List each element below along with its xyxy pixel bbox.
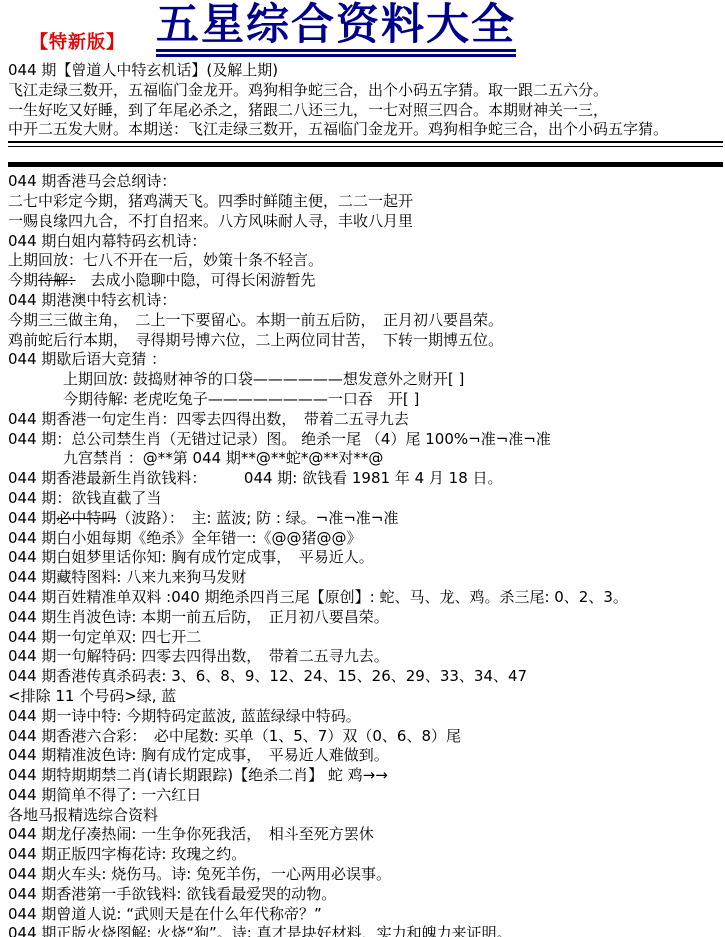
text-segment: 044 期：总公司禁生肖（无错过记录）图。 绝杀一尾 （4）尾 100%¬准¬准… bbox=[8, 430, 551, 448]
intro-heading: 044 期【曾道人中特玄机话】(及解上期) bbox=[8, 61, 725, 81]
intro-section: 044 期【曾道人中特玄机话】(及解上期) 飞江走绿三数开，五福临门金龙开。鸡狗… bbox=[8, 61, 725, 140]
text-line: 044 期：欲钱直截了当 bbox=[8, 489, 725, 509]
text-segment: 044 期香港最新生肖欲钱料： 044 期: 欲钱看 1981 年 4 月 18… bbox=[8, 469, 503, 487]
text-line: 044 期一句解特码: 四零去四得出数， 带着二五寻九去。 bbox=[8, 647, 725, 667]
text-segment: 上期回放: 鼓捣财神爷的口袋——————想发意外之财开[ ] bbox=[63, 370, 464, 388]
text-line: 044 期一句定单双: 四七开二 bbox=[8, 628, 725, 648]
text-line: 044 期香港传真杀码表: 3、6、8、9、12、24、15、26、29、33、… bbox=[8, 667, 725, 687]
text-line: 一赐良缘四九合，不打自招来。八方风味耐人寻，丰收八月里 bbox=[8, 212, 725, 232]
text-line: 044 期白姐内幕特码玄机诗： bbox=[8, 232, 725, 252]
text-line: 044 期香港第一手欲钱料: 欲钱看最爱哭的动物。 bbox=[8, 885, 725, 905]
special-edition-badge: 【特新版】 bbox=[30, 28, 125, 54]
text-segment: 044 期港澳中特玄机诗： bbox=[8, 291, 176, 309]
text-segment: 044 期香港第一手欲钱料: 欲钱看最爱哭的动物。 bbox=[8, 885, 336, 903]
text-line: 044 期简单不得了: 一六红日 bbox=[8, 786, 725, 806]
separator-double-line bbox=[8, 141, 723, 147]
text-line: 044 期特期期禁二肖(请长期跟踪)【绝杀二肖】 蛇 鸡→→ bbox=[8, 766, 725, 786]
text-segment: 上期回放：七八不开在一后，妙策十条不轻言。 bbox=[8, 251, 323, 269]
text-segment: 044 期正版火烧图解: 火烧“狗”。诗: 真才是块好材料，实力和魄力来证明。 bbox=[8, 924, 512, 937]
page-title[interactable]: 五星综合资料大全 bbox=[156, 2, 516, 57]
text-segment: 今期 bbox=[8, 271, 38, 289]
text-line: 044 期香港最新生肖欲钱料： 044 期: 欲钱看 1981 年 4 月 18… bbox=[8, 469, 725, 489]
text-segment: 九宫禁肖 ：@**第 044 期**@**蛇*@**对**@ bbox=[63, 449, 383, 467]
text-segment: 一赐良缘四九合，不打自招来。八方风味耐人寻，丰收八月里 bbox=[8, 212, 413, 230]
text-line: 044 期港澳中特玄机诗： bbox=[8, 291, 725, 311]
text-segment: 044 期百姓精准单双料 :040 期绝杀四肖三尾【原创】: 蛇、马、龙、鸡。杀… bbox=[8, 588, 628, 606]
text-line: 中开二五发大财。本期送：飞江走绿三数开，五福临门金龙开。鸡狗相争蛇三合，出个小码… bbox=[8, 120, 725, 140]
text-line: 044 期火车头: 烧伤马。诗: 兔死羊伤，一心两用必误事。 bbox=[8, 865, 725, 885]
text-line: 鸡前蛇后行本期， 寻得期号博六位，二上两位同甘苦， 下转一期博五位。 bbox=[8, 331, 725, 351]
text-line: 二七中彩定今期，猪鸡满天飞。四季时鲜随主便，二二一起开 bbox=[8, 192, 725, 212]
text-line: 今期待解: 老虎吃兔子————————一口吞 开[ ] bbox=[8, 390, 725, 410]
text-segment: 044 期火车头: 烧伤马。诗: 兔死羊伤，一心两用必误事。 bbox=[8, 865, 391, 883]
text-line: 044 期正版四字梅花诗: 玫瑰之约。 bbox=[8, 845, 725, 865]
text-line: 上期回放: 鼓捣财神爷的口袋——————想发意外之财开[ ] bbox=[8, 370, 725, 390]
text-segment: 044 期曾道人说: “武则天是在什么年代称帝？” bbox=[8, 905, 322, 923]
text-line: 044 期曾道人说: “武则天是在什么年代称帝？” bbox=[8, 905, 725, 925]
text-segment: 044 期一句解特码: 四零去四得出数， 带着二五寻九去。 bbox=[8, 647, 389, 665]
separator-thick-line bbox=[8, 162, 723, 167]
text-segment: 二七中彩定今期，猪鸡满天飞。四季时鲜随主便，二二一起开 bbox=[8, 192, 413, 210]
text-line: 044 期百姓精准单双料 :040 期绝杀四肖三尾【原创】: 蛇、马、龙、鸡。杀… bbox=[8, 588, 725, 608]
text-segment: <排除 11 个号码>绿, 蓝 bbox=[8, 687, 176, 705]
text-line: 044 期一诗中特: 今期特码定蓝波, 蓝蓝绿绿中特码。 bbox=[8, 707, 725, 727]
intro-lines: 飞江走绿三数开，五福临门金龙开。鸡狗相争蛇三合，出个小码五字猜。取一跟二五六分。… bbox=[8, 81, 725, 140]
text-segment: 044 期歇后语大竞猜 ： bbox=[8, 350, 166, 368]
text-segment: 044 期香港马会总纲诗： bbox=[8, 172, 176, 190]
text-segment: 044 期香港一句定生肖：四零去四得出数， 带着二五寻九去 bbox=[8, 410, 409, 428]
text-line: 044 期正版火烧图解: 火烧“狗”。诗: 真才是块好材料，实力和魄力来证明。 bbox=[8, 924, 725, 937]
text-line: 044 期歇后语大竞猜 ： bbox=[8, 350, 725, 370]
text-segment: 044 期龙仔凑热闹: 一生争你死我活， 相斗至死方罢休 bbox=[8, 825, 374, 843]
text-line: 044 期龙仔凑热闹: 一生争你死我活， 相斗至死方罢休 bbox=[8, 825, 725, 845]
text-segment: （波路）： 主: 蓝波; 防 : 绿。¬准¬准¬准 bbox=[116, 509, 398, 527]
text-segment: 各地马报精选综合资料 bbox=[8, 806, 158, 824]
text-line: 044 期香港马会总纲诗： bbox=[8, 172, 725, 192]
text-segment: 飞江走绿三数开，五福临门金龙开。鸡狗相争蛇三合，出个小码五字猜。取一跟二五六分。 bbox=[8, 81, 608, 99]
header: 【特新版】 五星综合资料大全 bbox=[8, 0, 725, 58]
text-line: 044 期香港六合彩： 必中尾数: 买单（1、5、7）双（0、6、8）尾 bbox=[8, 727, 725, 747]
text-segment: 044 期正版四字梅花诗: 玫瑰之约。 bbox=[8, 845, 246, 863]
text-segment: 044 期 bbox=[8, 509, 56, 527]
text-segment: 044 期精准波色诗: 胸有成竹定成事， 平易近人难做到。 bbox=[8, 746, 389, 764]
struck-text: 待解： bbox=[38, 271, 76, 289]
struck-text: 必中特吗 bbox=[56, 509, 116, 527]
text-segment: 鸡前蛇后行本期， 寻得期号博六位，二上两位同甘苦， 下转一期博五位。 bbox=[8, 331, 503, 349]
text-segment: 今期三三做主角， 二上一下要留心。本期一前五后防， 正月初八要昌荣。 bbox=[8, 311, 503, 329]
text-segment: 044 期：欲钱直截了当 bbox=[8, 489, 161, 507]
text-segment: 044 期藏特图料: 八来九来狗马发财 bbox=[8, 568, 246, 586]
text-line: 今期三三做主角， 二上一下要留心。本期一前五后防， 正月初八要昌荣。 bbox=[8, 311, 725, 331]
text-segment: 044 期特期期禁二肖(请长期跟踪)【绝杀二肖】 蛇 鸡→→ bbox=[8, 766, 388, 784]
text-segment: 一生好吃又好睡，到了年尾必杀之，猪跟二八还三九，一七对照三四合。本期财神关一三， bbox=[8, 101, 608, 119]
text-line: 044 期：总公司禁生肖（无错过记录）图。 绝杀一尾 （4）尾 100%¬准¬准… bbox=[8, 430, 725, 450]
text-line: 九宫禁肖 ：@**第 044 期**@**蛇*@**对**@ bbox=[8, 449, 725, 469]
text-segment: 044 期生肖波色诗: 本期一前五后防， 正月初八要昌荣。 bbox=[8, 608, 389, 626]
text-line: 044 期藏特图料: 八来九来狗马发财 bbox=[8, 568, 725, 588]
text-line: 飞江走绿三数开，五福临门金龙开。鸡狗相争蛇三合，出个小码五字猜。取一跟二五六分。 bbox=[8, 81, 725, 101]
text-line: 上期回放：七八不开在一后，妙策十条不轻言。 bbox=[8, 251, 725, 271]
text-segment: 044 期白小姐每期《绝杀》全年错一:《@@猪@@》 bbox=[8, 529, 361, 547]
text-line: 044 期生肖波色诗: 本期一前五后防， 正月初八要昌荣。 bbox=[8, 608, 725, 628]
text-line: 各地马报精选综合资料 bbox=[8, 806, 725, 826]
text-segment: 044 期香港传真杀码表: 3、6、8、9、12、24、15、26、29、33、… bbox=[8, 667, 527, 685]
text-segment: 今期待解: 老虎吃兔子————————一口吞 开[ ] bbox=[63, 390, 419, 408]
text-segment: 044 期香港六合彩： 必中尾数: 买单（1、5、7）双（0、6、8）尾 bbox=[8, 727, 461, 745]
text-segment: 044 期一句定单双: 四七开二 bbox=[8, 628, 201, 646]
text-segment: 去成小隐聊中隐，可得长闲游暂先 bbox=[76, 271, 316, 289]
text-line: 044 期白小姐每期《绝杀》全年错一:《@@猪@@》 bbox=[8, 529, 725, 549]
text-line: 044 期必中特吗（波路）： 主: 蓝波; 防 : 绿。¬准¬准¬准 bbox=[8, 509, 725, 529]
text-segment: 044 期白姐内幕特码玄机诗： bbox=[8, 232, 206, 250]
page: 【特新版】 五星综合资料大全 044 期【曾道人中特玄机话】(及解上期) 飞江走… bbox=[0, 0, 725, 937]
text-line: 一生好吃又好睡，到了年尾必杀之，猪跟二八还三九，一七对照三四合。本期财神关一三， bbox=[8, 101, 725, 121]
text-segment: 044 期一诗中特: 今期特码定蓝波, 蓝蓝绿绿中特码。 bbox=[8, 707, 361, 725]
text-segment: 中开二五发大财。本期送：飞江走绿三数开，五福临门金龙开。鸡狗相争蛇三合，出个小码… bbox=[8, 120, 668, 138]
text-segment: 044 期白姐梦里话你知: 胸有成竹定成事， 平易近人。 bbox=[8, 548, 374, 566]
text-line: 044 期香港一句定生肖：四零去四得出数， 带着二五寻九去 bbox=[8, 410, 725, 430]
text-line: 044 期精准波色诗: 胸有成竹定成事， 平易近人难做到。 bbox=[8, 746, 725, 766]
text-segment: 044 期简单不得了: 一六红日 bbox=[8, 786, 201, 804]
text-line: <排除 11 个号码>绿, 蓝 bbox=[8, 687, 725, 707]
body-lines: 044 期香港马会总纲诗：二七中彩定今期，猪鸡满天飞。四季时鲜随主便，二二一起开… bbox=[8, 172, 725, 937]
text-line: 今期待解： 去成小隐聊中隐，可得长闲游暂先 bbox=[8, 271, 725, 291]
text-line: 044 期白姐梦里话你知: 胸有成竹定成事， 平易近人。 bbox=[8, 548, 725, 568]
